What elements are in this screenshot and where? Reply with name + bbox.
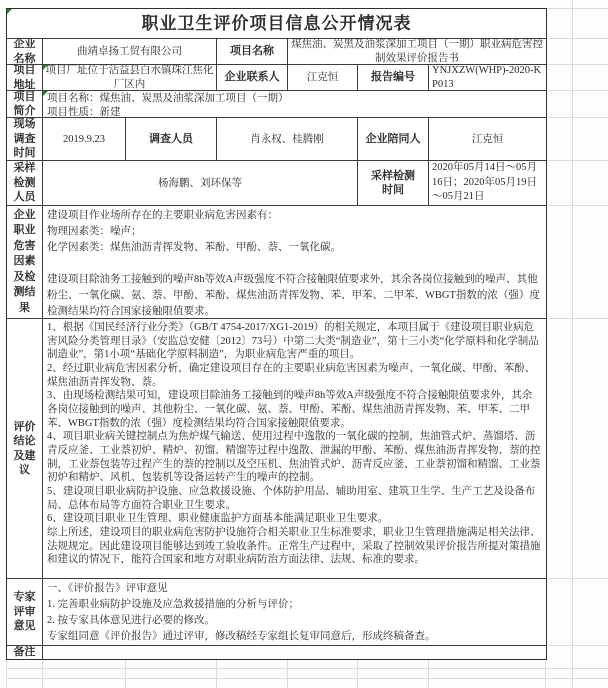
- grid-hline: [545, 64, 608, 65]
- expert-review-line: 专家组同意《评价报告》通过评审，修改稿经专家组长复审同意后，形成终稿备查。: [47, 629, 542, 645]
- hazard-factors-line: 物理因素类：噪声；: [47, 224, 542, 240]
- evaluation-conclusion-value: 1、根据《国民经济行业分类》（GB/T 4754-2017/XG1-2019）的…: [43, 319, 546, 579]
- grid-vline: [545, 658, 546, 688]
- hazard-factors-value: 建设项目作业场所存在的主要职业病危害因素有： 物理因素类：噪声； 化学因素类：煤…: [43, 206, 546, 319]
- expert-review-value: 一、《评价报告》评审意见 1. 完善职业病防护设施及应急救援措施的分析与评价； …: [43, 579, 546, 646]
- label-company-escort: 企业陪同人: [358, 118, 429, 161]
- label-surveyors: 调查人员: [126, 118, 217, 161]
- conclusion-summary: 综上所述，建设项目的职业病危害防护设施符合相关职业卫生标准要求，职业卫生管理措施…: [47, 526, 542, 567]
- grid-vline: [216, 658, 217, 688]
- company-contact-value: 江克恒: [288, 65, 358, 91]
- label-project-name: 项目名称: [217, 39, 288, 65]
- remarks-value: [43, 646, 546, 659]
- grid-vline: [357, 658, 358, 688]
- label-company-contact: 企业联系人: [217, 65, 288, 91]
- info-disclosure-table: 职业卫生评价项目信息公开情况表 企业名称 曲靖卓扬工贸有限公司 项目名称 煤焦油…: [6, 8, 547, 660]
- sampling-personnel-value: 杨海鹏、刘环保等: [43, 161, 358, 206]
- project-address-value: 项目厂址位于沾益县白水镇珠江焦化厂区内: [43, 65, 217, 91]
- label-expert-review: 专家评审意见: [7, 579, 43, 646]
- grid-hline: [545, 645, 608, 646]
- label-report-number: 报告编号: [358, 65, 429, 91]
- label-remarks: 备注: [7, 646, 43, 659]
- hazard-detection-result: 建设项目除油务工接触到的噪声8h等效A声级强度不符合接触限值要求外，其余各岗位接…: [47, 272, 542, 319]
- company-name-value: 曲靖卓扬工贸有限公司: [43, 39, 217, 65]
- label-sampling-time: 采样检测时间: [358, 161, 429, 206]
- error-indicator-icon: [7, 9, 12, 14]
- conclusion-item: 2、经过职业病危害因素分析，确定建设项目存在的主要职业病危害因素为噪声、一氧化碳…: [47, 362, 542, 389]
- grid-hline: [545, 90, 608, 91]
- label-project-address: 项目地址: [7, 65, 43, 91]
- label-project-intro: 项目简介: [7, 91, 43, 118]
- label-survey-time: 现场调查时间: [7, 118, 43, 161]
- grid-vline: [6, 658, 7, 688]
- table-title: 职业卫生评价项目信息公开情况表: [7, 9, 546, 39]
- expert-review-line: 1. 完善职业病防护设施及应急救援措施的分析与评价；: [47, 597, 542, 613]
- project-name-value: 煤焦油、炭黑及油浆深加工项目（一期）职业病危害控制效果评价报告书: [288, 39, 546, 65]
- grid-hline: [6, 678, 608, 679]
- conclusion-item: 6、建设项目职业卫生管理、职业健康监护方面基本能满足职业卫生要求。: [47, 512, 542, 526]
- grid-hline: [545, 8, 608, 9]
- project-address-text: 项目厂址位于沾益县白水镇珠江焦化厂区内: [45, 65, 214, 91]
- grid-hline: [545, 318, 608, 319]
- project-intro-nature: 项目性质：新建: [47, 106, 542, 119]
- survey-date-value: 2019.9.23: [43, 118, 126, 161]
- grid-hline: [545, 578, 608, 579]
- paragraph-gap: [47, 256, 542, 272]
- conclusion-item: 5、建设项目职业病防护设施、应急救援设施、个体防护用品、辅助用室、建筑卫生学、生…: [47, 485, 542, 512]
- company-escort-value: 江克恒: [429, 118, 546, 161]
- conclusion-item: 1、根据《国民经济行业分类》（GB/T 4754-2017/XG1-2019）的…: [47, 321, 542, 362]
- report-number-value: YNJXZW(WHP)-2020-KP013: [429, 65, 546, 91]
- project-intro-value: 项目名称：煤焦油、炭黑及油浆深加工项目（一期） 项目性质：新建: [43, 91, 546, 118]
- spreadsheet-page: 职业卫生评价项目信息公开情况表 企业名称 曲靖卓扬工贸有限公司 项目名称 煤焦油…: [0, 0, 608, 688]
- grid-hline: [545, 38, 608, 39]
- grid-vline: [428, 658, 429, 688]
- grid-vline: [125, 658, 126, 688]
- error-indicator-icon: [43, 65, 48, 70]
- table-title-text: 职业卫生评价项目信息公开情况表: [142, 14, 412, 34]
- label-sampling-personnel: 采样检测人员: [7, 161, 43, 206]
- error-indicator-icon: [43, 91, 48, 96]
- grid-hline: [545, 205, 608, 206]
- grid-hline: [6, 668, 608, 669]
- label-company-name: 企业名称: [7, 39, 43, 65]
- grid-vline: [42, 658, 43, 688]
- grid-hline: [545, 160, 608, 161]
- sampling-time-value: 2020年05月14日～05月16日；2020年05月19日～05月21日: [429, 161, 546, 206]
- label-evaluation-conclusion: 评价结论及建议: [7, 319, 43, 579]
- grid-hline: [545, 117, 608, 118]
- grid-vline: [572, 0, 573, 688]
- hazard-factors-line: 建设项目作业场所存在的主要职业病危害因素有：: [47, 208, 542, 224]
- grid-vline: [287, 658, 288, 688]
- hazard-factors-line: 化学因素类：煤焦油沥青挥发物、苯酚、甲酚、萘、一氧化碳。: [47, 240, 542, 256]
- surveyors-value: 肖永权、桂腾刚: [217, 118, 358, 161]
- conclusion-item: 4、项目职业病关键控制点为焦炉煤气输送、使用过程中逸散的一氧化碳的控制，焦油管式…: [47, 430, 542, 485]
- conclusion-item: 3、由现场检测结果可知，建设项目除油务工接触到的噪声8h等效A声级强度不符合接触…: [47, 389, 542, 430]
- label-hazard-factors: 企业职业危害因素及检测结果: [7, 206, 43, 319]
- expert-review-line: 一、《评价报告》评审意见: [47, 581, 542, 597]
- project-intro-name: 项目名称：煤焦油、炭黑及油浆深加工项目（一期）: [47, 92, 542, 106]
- expert-review-line: 2. 按专家具体意见进行必要的修改。: [47, 613, 542, 629]
